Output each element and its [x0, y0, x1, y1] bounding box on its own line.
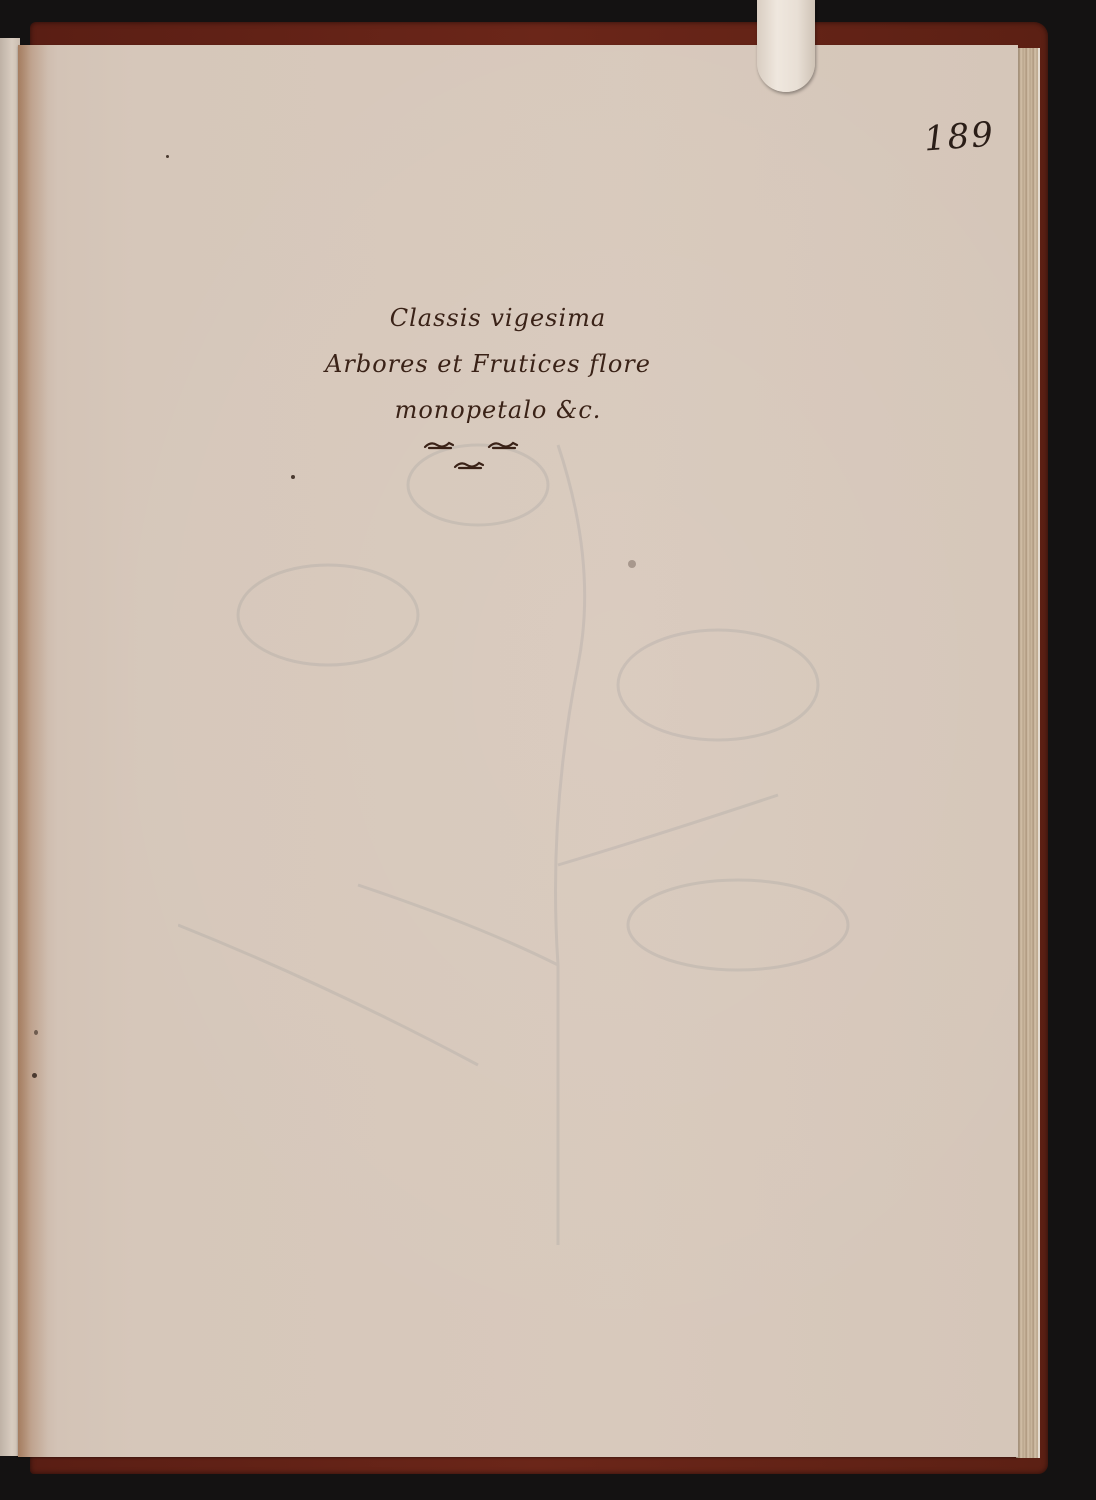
show-through-drawing: [178, 365, 878, 1265]
verso-page-edge: [0, 38, 20, 1456]
ink-speck: [32, 1073, 37, 1078]
paper-bookmark: [757, 0, 815, 92]
scan-scene: 189 Classis vigesima Arbores et Frutices…: [0, 0, 1096, 1500]
heading-line-3: monopetalo &c.: [288, 387, 708, 433]
gutter-shadow: [18, 45, 48, 1457]
page-fore-edge: [1016, 48, 1040, 1458]
manuscript-page: 189 Classis vigesima Arbores et Frutices…: [18, 45, 1018, 1457]
pen-flourish-ornament: [423, 437, 533, 479]
folio-number: 189: [923, 115, 997, 160]
class-heading: Classis vigesima Arbores et Frutices flo…: [288, 295, 708, 433]
heading-line-1: Classis vigesima: [288, 295, 708, 341]
ink-speck: [166, 155, 169, 158]
ink-speck: [34, 1030, 38, 1035]
ink-speck: [291, 475, 295, 479]
heading-line-2: Arbores et Frutices flore: [268, 341, 708, 387]
ink-speck: [628, 560, 636, 568]
